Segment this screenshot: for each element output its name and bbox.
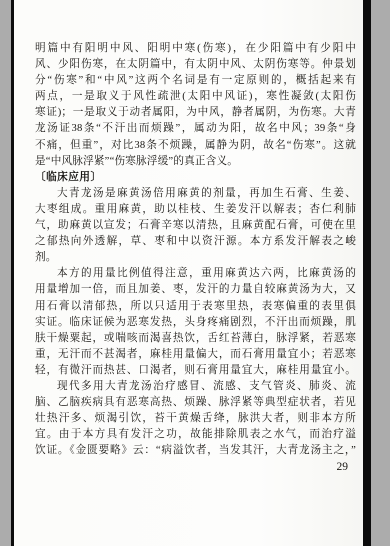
- text-line: 分“伤寒”和“中风”这两个名词是有一定原则的，概括起来有: [35, 73, 356, 89]
- text-line: 两点，一是取义于风性疏泄(太阳中风证)，寒性凝敛(太阳伤: [35, 89, 356, 105]
- text-line: 壮热汗多、烦渴引饮，苔干黄燥舌绛，脉洪大者，则非本方所: [35, 411, 356, 427]
- page-right-edge-shadow: [363, 0, 371, 546]
- text-line: 龙汤证38条“不汗出而烦躁”，属动为阳，故名中风；39条“身: [35, 121, 356, 137]
- text-line: 剂。: [35, 250, 356, 266]
- text-line: 是“中风脉浮紧”“伤寒脉浮缓”的真正含义。: [35, 154, 356, 170]
- text-line: 之郁热向外透解，草、枣和中以资汗源。本方系发汗解表之峻: [35, 234, 356, 250]
- text-line: 轻，有微汗而热甚、口渴者，则石膏用量宜大，麻桂用量宜小。: [35, 363, 356, 379]
- text-line: 气，助麻黄以宣发；石膏辛寒以清热，且麻黄配石膏，可使在里: [35, 218, 356, 234]
- scanned-book-page: 明篇中有阳明中风、阳明中寒(伤寒)，在少阳篇中有少阳中风、少阳伤寒，在太阴篇中，…: [0, 0, 390, 546]
- text-line: 肤干燥粟起，或喘咳而渴喜热饮，舌红苔薄白，脉浮紧，若恶寒: [35, 331, 356, 347]
- text-line: 大青龙汤是麻黄汤倍用麻黄的剂量，再加生石膏、生姜、: [35, 186, 356, 202]
- text-line: 现代多用大青龙汤治疗感冒、流感、支气管炎、肺炎、流: [35, 379, 356, 395]
- text-line: 用石膏以清郁热，所以只适用于表寒里热，表寒偏重的表里俱: [35, 299, 356, 315]
- section-header: 〔临床应用〕: [35, 170, 356, 186]
- text-line: 不痛，但重”，对比38条不烦躁，属静为阴，故名“伤寒”。这就: [35, 138, 356, 154]
- text-line: 用量增加一倍，而且加姜、枣，发汗的力量自较麻黄汤为大，又: [35, 282, 356, 298]
- text-line: 明篇中有阳明中风、阳明中寒(伤寒)，在少阳篇中有少阳中: [35, 41, 356, 57]
- page-number: 29: [288, 459, 348, 475]
- text-line: 大枣组成。重用麻黄，助以桂枝、生姜发汗以解表；杏仁利肺: [35, 202, 356, 218]
- text-line: 本方的用量比例值得注意，重用麻黄达六两，比麻黄汤的: [35, 266, 356, 282]
- text-line: 饮证。《金匮要略》云：“病溢饮者，当发其汗，大青龙汤主之，”: [35, 443, 356, 459]
- text-line: 风、少阳伤寒，在太阴篇中，有太阴中风、太阴伤寒等。仲景划: [35, 57, 356, 73]
- book-page-paper: 明篇中有阳明中风、阳明中寒(伤寒)，在少阳篇中有少阳中风、少阳伤寒，在太阴篇中，…: [14, 0, 363, 546]
- text-line: 实证。临床证候为恶寒发热，头身疼痛剧烈，不汗出而烦躁，肌: [35, 315, 356, 331]
- text-line: 重，无汗而不甚渴者，麻桂用量偏大，而石膏用量宜小；若恶寒: [35, 347, 356, 363]
- text-block: 明篇中有阳明中风、阳明中寒(伤寒)，在少阳篇中有少阳中风、少阳伤寒，在太阴篇中，…: [35, 41, 356, 459]
- text-line: 寒证)；一是取义于动者属阳，为中风，静者属阴，为伤寒。大青: [35, 105, 356, 121]
- text-line: 宜。由于本方具有发汗之功，故能排除肌表之水气，而治疗溢: [35, 427, 356, 443]
- text-line: 脑、乙脑疾病具有恶寒高热、烦躁、脉浮紧等典型症状者，若见: [35, 395, 356, 411]
